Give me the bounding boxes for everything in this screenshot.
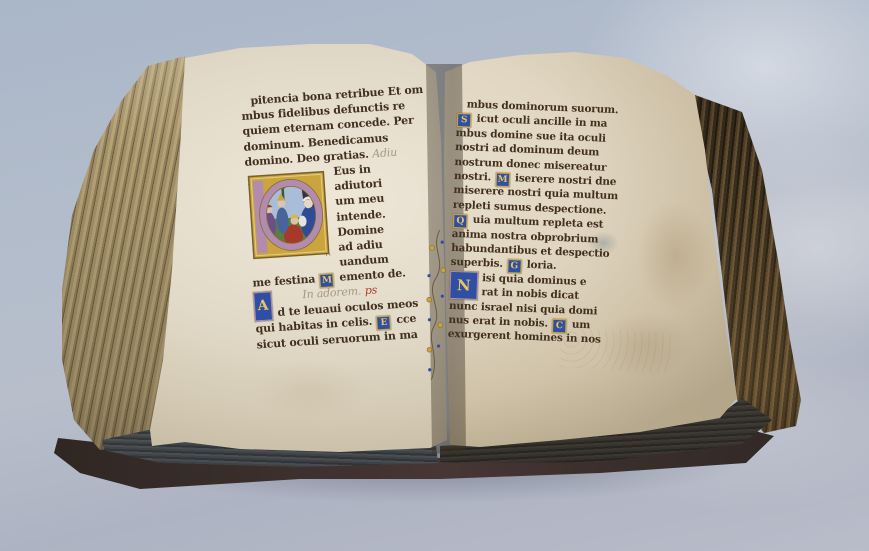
- illuminated-initial-row: Eus in adiutori um meu intende. Domine a…: [245, 156, 456, 276]
- decorated-initial-a: A: [253, 292, 273, 322]
- faded-catchword: Adiu: [372, 145, 398, 160]
- stain: [250, 360, 370, 420]
- line-text: superbis.: [450, 256, 503, 270]
- line-text: loria.: [527, 259, 557, 272]
- line-text: nostri.: [454, 170, 492, 183]
- decorated-initial-n: N: [449, 271, 478, 300]
- red-rubric-mark: ps: [364, 284, 377, 298]
- line-text: cce: [396, 312, 417, 326]
- wrapped-text-column: Eus in adiutori um meu intende. Domine a…: [327, 161, 389, 271]
- illuminated-initial-d: [247, 169, 331, 260]
- photo-display-case: pitencia bona retribue Et om mbus fideli…: [0, 0, 869, 551]
- n-text-column: isi quia dominus e rat in nobis dicat: [481, 271, 586, 304]
- left-page-text: pitencia bona retribue Et om mbus fideli…: [240, 80, 461, 352]
- adoration-miniature-icon: [247, 169, 331, 260]
- line-text: um: [572, 319, 591, 332]
- right-page-text: mbus dominorum suorum. S icut oculi anci…: [448, 97, 683, 350]
